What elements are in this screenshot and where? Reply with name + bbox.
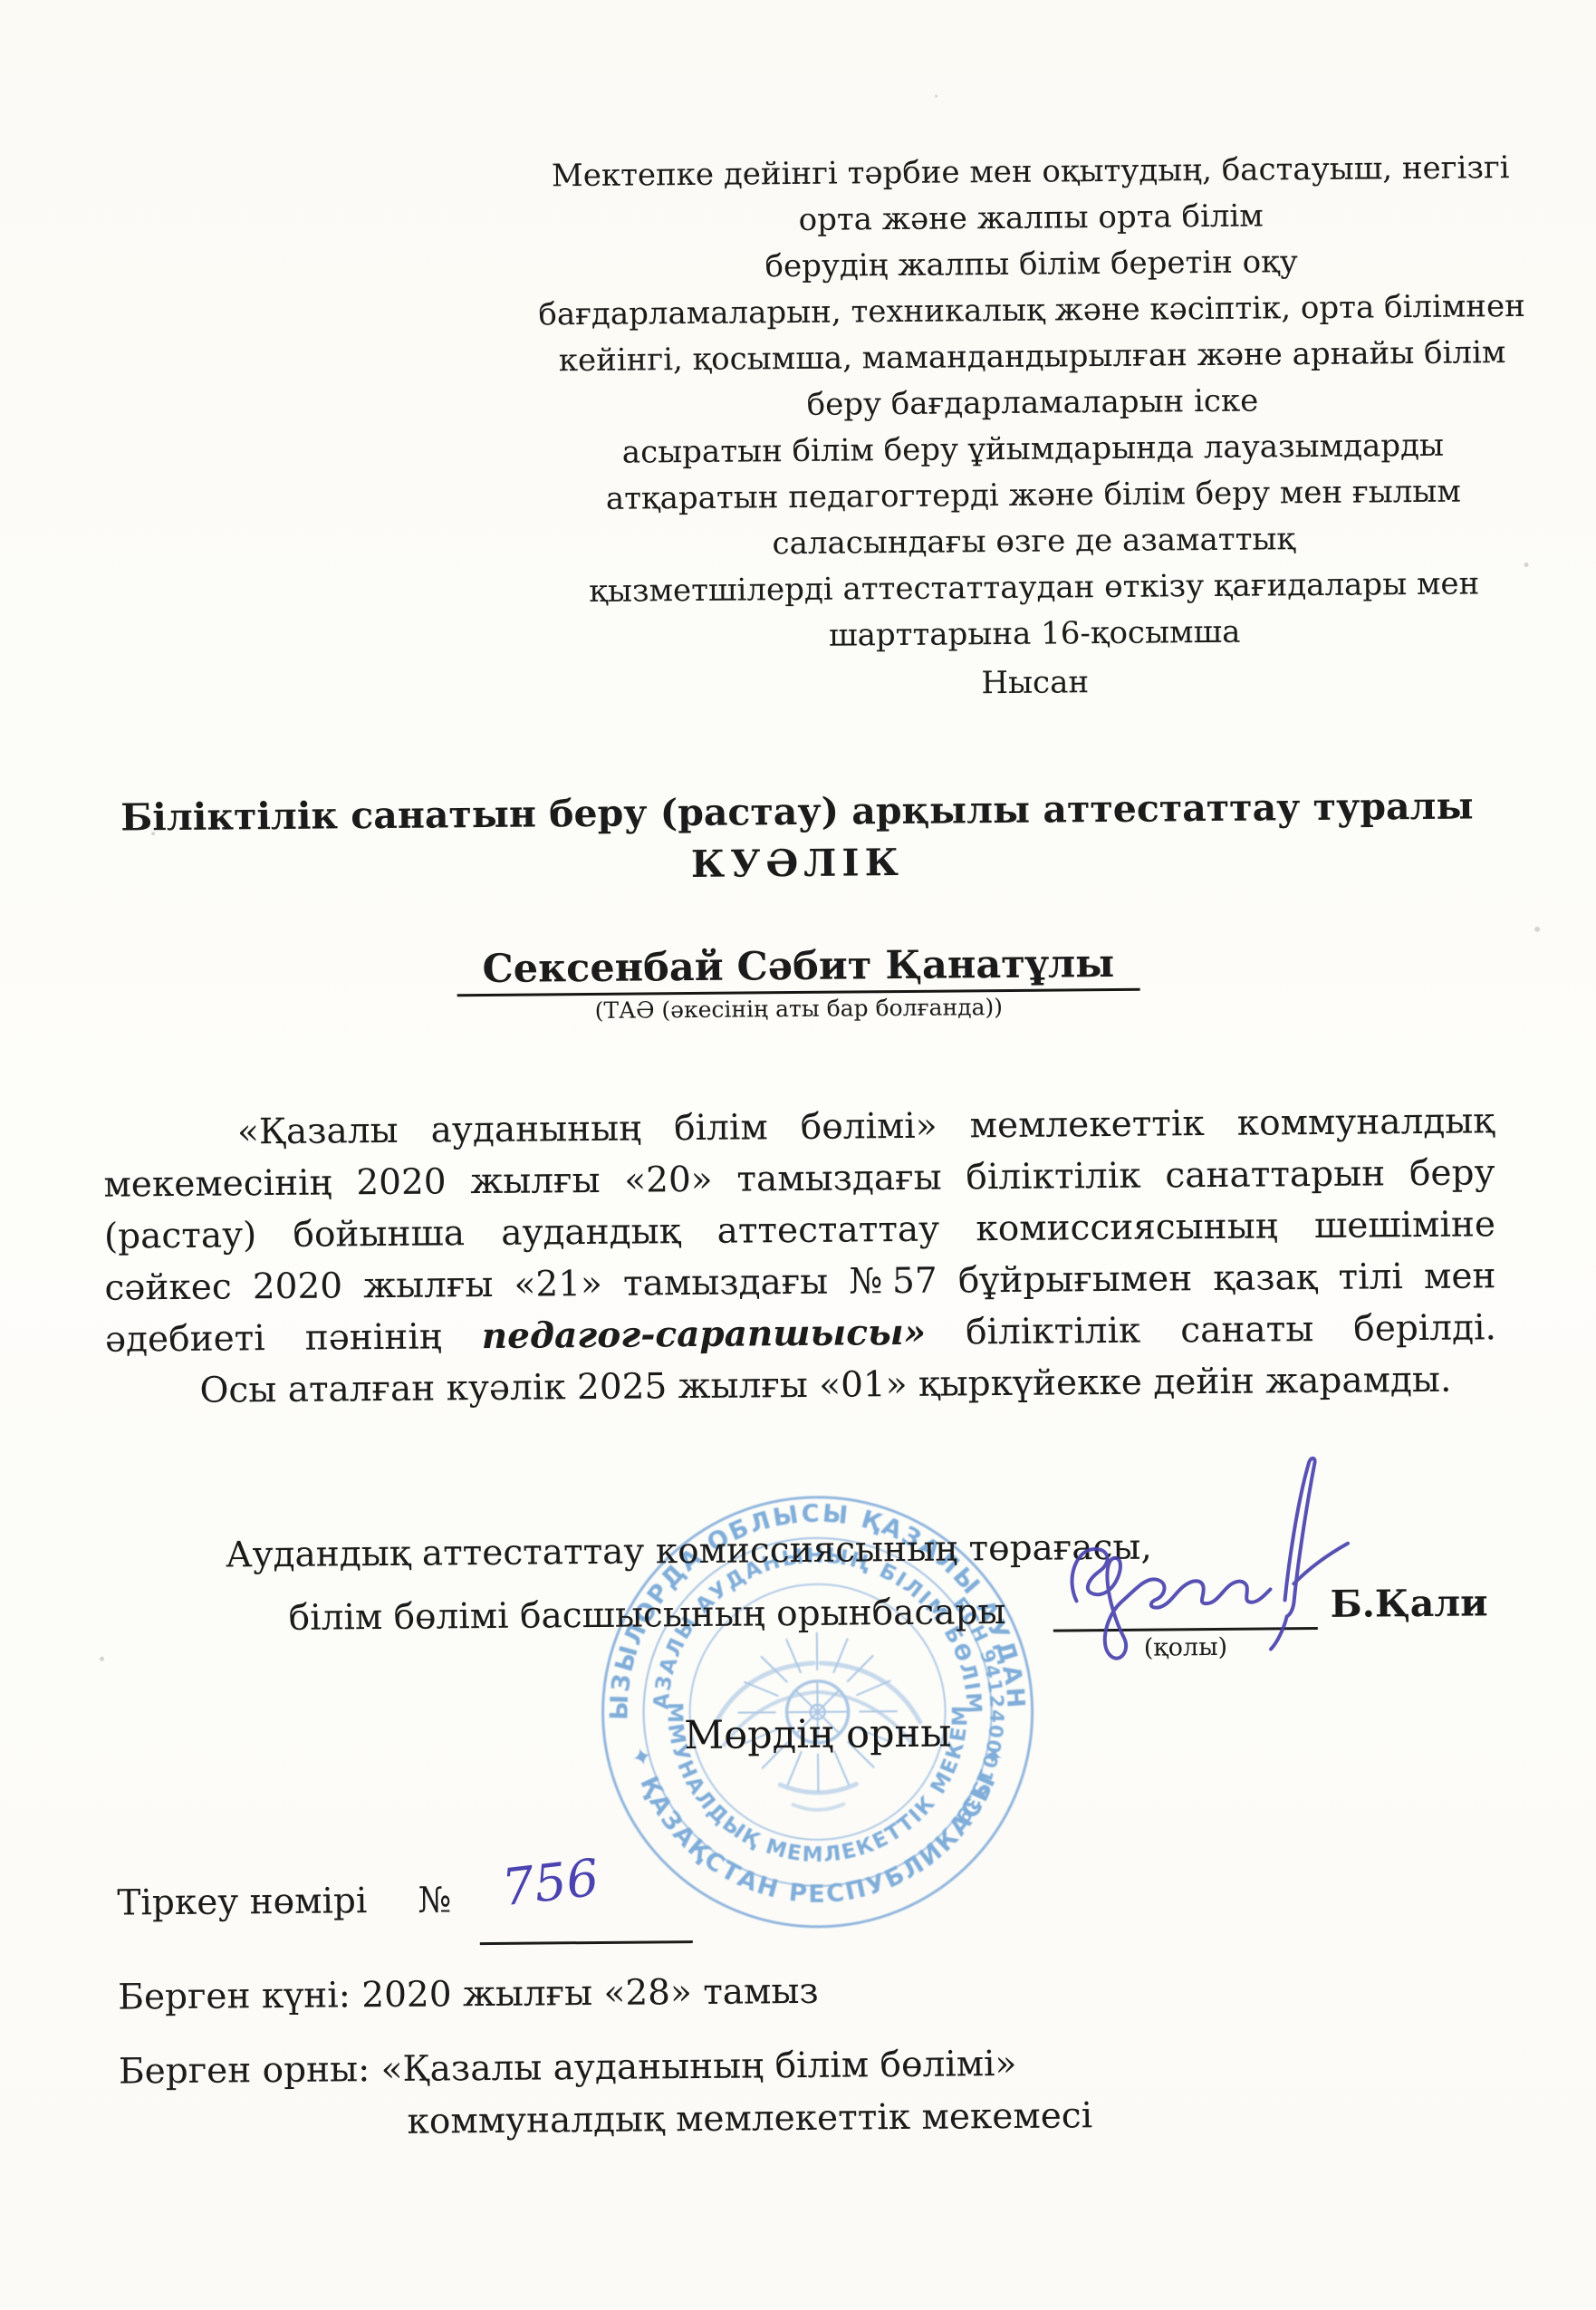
seal-banner-lower xyxy=(793,1805,843,1810)
signer-name: Б.Қали xyxy=(1330,1581,1487,1626)
document-title: Біліктілік санатын беру (растау) арқылы … xyxy=(0,783,1595,840)
annex-line: атқаратын педагогтерді және білім беру м… xyxy=(508,468,1559,524)
handwritten-registration-number: 756 xyxy=(499,1849,602,1919)
seal-place-label: Мөрдің орны xyxy=(591,1710,1044,1759)
qualification-category: педагог-сарапшысы» xyxy=(482,1312,927,1357)
registration-number-underline xyxy=(480,1940,693,1945)
annex-note: Мектепке дейінгі тәрбие мен оқытудың, ба… xyxy=(505,145,1561,711)
issue-place-line2: коммуналдық мемлекеттік мекемесі xyxy=(407,2095,1092,2142)
form-label: Нысан xyxy=(509,656,1560,711)
signature-upstroke xyxy=(1269,1458,1316,1650)
holder-name-caption: (ТАӘ (әкесінің аты бар болғанда)) xyxy=(1,988,1596,1028)
holder-name: Сексенбай Сәбит Қанатұлы xyxy=(457,941,1139,997)
scanned-certificate-page: Мектепке дейінгі тәрбие мен оқытудың, ба… xyxy=(0,0,1596,2310)
scan-speckle xyxy=(1534,927,1540,932)
registration-number-label: Тіркеу нөмірі xyxy=(117,1881,367,1923)
holder-name-block: Сексенбай Сәбит Қанатұлы (ТАӘ (әкесінің … xyxy=(0,937,1596,1028)
annex-line: Мектепке дейінгі тәрбие мен оқытудың, ба… xyxy=(505,145,1556,200)
scan-speckle xyxy=(100,1657,104,1661)
scan-speckle xyxy=(935,95,937,98)
body-paragraph: «Қазалы ауданының білім бөлімі» мемлекет… xyxy=(103,1095,1497,1417)
scan-speckle xyxy=(151,832,155,835)
validity-line: Осы аталған куәлік 2025 жылғы «01» қыркү… xyxy=(105,1353,1496,1417)
deputy-head-line: білім бөлімі басшысының орынбасары xyxy=(288,1591,1005,1641)
annex-line: шарттарына 16-қосымша xyxy=(509,607,1560,662)
issue-date-line: Берген күні: 2020 жылғы «28» тамыз xyxy=(118,1971,819,2018)
issue-place-line1: Берген орны: «Қазалы ауданының білім бөл… xyxy=(119,2044,1017,2093)
scan-speckle xyxy=(1524,563,1529,567)
document-title-word: КУӘЛІК xyxy=(0,834,1596,891)
annex-line: кейінгі, қосымша, мамандандырылған және … xyxy=(506,330,1557,385)
signature-hint: (қолы) xyxy=(1053,1632,1318,1663)
body-line-part: әдебиеті пәнінің xyxy=(105,1316,442,1360)
body-line-part: біліктілік санаты берілді. xyxy=(966,1307,1496,1352)
annex-line: қызметшілерді аттестаттаудан өткізу қағи… xyxy=(509,561,1560,616)
document-content: Мектепке дейінгі тәрбие мен оқытудың, ба… xyxy=(0,0,1596,2310)
number-sign: № xyxy=(418,1880,451,1920)
commission-chair-line: Аудандық аттестаттау комиссиясының төрағ… xyxy=(226,1526,1152,1578)
